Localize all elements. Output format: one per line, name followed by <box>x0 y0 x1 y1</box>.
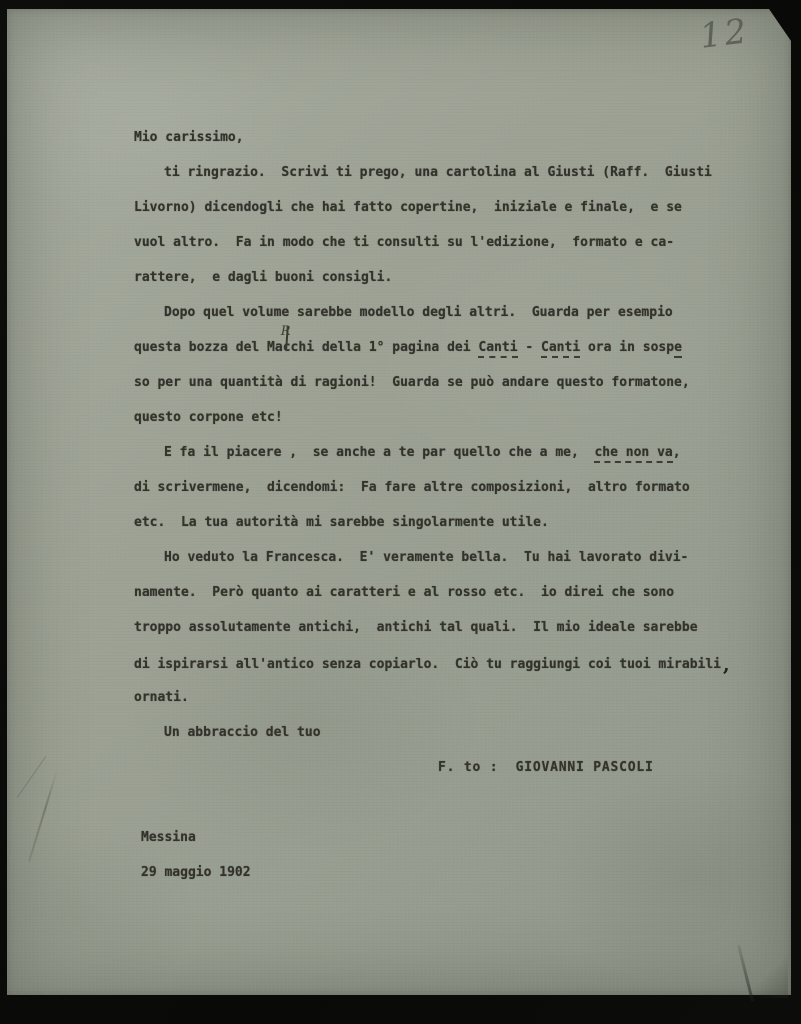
text-segment: , <box>673 445 681 460</box>
text-segment-ov: cR <box>283 330 291 365</box>
text-segment: ornati. <box>134 690 189 705</box>
text-segment: di ispirarsi all'antico senza copiarlo. … <box>134 657 721 672</box>
text-segment: troppo assolutamente antichi, antichi ta… <box>134 620 698 635</box>
text-segment: etc. La tua autorità mi sarebbe singolar… <box>134 515 549 530</box>
letter-line: so per una quantità di ragioni! Guarda s… <box>134 365 784 400</box>
text-segment: Dopo quel volume sarebbe modello degli a… <box>164 305 673 320</box>
text-segment-du: che non va <box>594 445 672 463</box>
letter-line: Ho veduto la Francesca. E' veramente bel… <box>134 540 784 575</box>
blank-line <box>134 785 784 820</box>
letter-line: questo corpone etc! <box>134 400 784 435</box>
text-segment: 29 maggio 1902 <box>141 865 251 880</box>
letter-line: di scrivermene, dicendomi: Fa fare altre… <box>134 470 784 505</box>
text-segment: ti ringrazio. Scrivi ti prego, una carto… <box>164 165 712 180</box>
handwritten-correction: R <box>281 314 291 349</box>
text-segment: Un abbraccio del tuo <box>164 725 321 740</box>
letter-line: ti ringrazio. Scrivi ti prego, una carto… <box>134 155 784 190</box>
letter-line: Un abbraccio del tuo <box>134 715 784 750</box>
letter-line: 29 maggio 1902 <box>134 855 784 890</box>
letter-line: F. to : GIOVANNI PASCOLI <box>134 750 784 785</box>
letter-line: rattere, e dagli buoni consigli. <box>134 260 784 295</box>
text-segment: vuol altro. Fa in modo che ti consulti s… <box>134 235 674 250</box>
text-segment-u: e <box>674 340 682 358</box>
text-segment-du: Canti <box>478 340 517 358</box>
text-segment: chi della 1° pagina dei <box>291 340 479 355</box>
text-segment: Messina <box>141 830 196 845</box>
text-segment: F. to : GIOVANNI PASCOLI <box>438 760 654 775</box>
text-segment-hc: , <box>723 654 730 676</box>
text-segment: rattere, e dagli buoni consigli. <box>134 270 392 285</box>
letter-line: namente. Però quanto ai caratteri e al r… <box>134 575 784 610</box>
letter-line: questa bozza del MacRchi della 1° pagina… <box>134 330 784 365</box>
letter-line: troppo assolutamente antichi, antichi ta… <box>134 610 784 645</box>
letter-line: etc. La tua autorità mi sarebbe singolar… <box>134 505 784 540</box>
text-segment: di scrivermene, dicendomi: Fa fare altre… <box>134 480 690 495</box>
text-segment: Mio carissimo, <box>134 130 244 145</box>
text-segment: Ho veduto la Francesca. E' veramente bel… <box>164 550 688 565</box>
text-segment: - <box>518 340 541 355</box>
text-segment: questo corpone etc! <box>134 410 283 425</box>
page-number-annotation: 12 <box>698 11 752 57</box>
letter-body: Mio carissimo,ti ringrazio. Scrivi ti pr… <box>134 120 784 890</box>
letter-line: vuol altro. Fa in modo che ti consulti s… <box>134 225 784 260</box>
text-segment: namente. Però quanto ai caratteri e al r… <box>134 585 674 600</box>
letter-line: di ispirarsi all'antico senza copiarlo. … <box>134 645 784 680</box>
letter-line: E fa il piacere , se anche a te par quel… <box>134 435 784 470</box>
text-segment: questa bozza del Ma <box>134 340 283 355</box>
text-segment: Livorno) dicendogli che hai fatto copert… <box>134 200 682 215</box>
letter-line: Messina <box>134 820 784 855</box>
letter-line: Dopo quel volume sarebbe modello degli a… <box>134 295 784 330</box>
text-segment: E fa il piacere , se anche a te par quel… <box>164 445 594 460</box>
letter-line: Mio carissimo, <box>134 120 784 155</box>
text-segment: ora in sosp <box>580 340 674 355</box>
letter-line: ornati. <box>134 680 784 715</box>
text-segment: so per una quantità di ragioni! Guarda s… <box>134 375 690 390</box>
text-segment-du: Canti <box>541 340 580 358</box>
letter-line: Livorno) dicendogli che hai fatto copert… <box>134 190 784 225</box>
